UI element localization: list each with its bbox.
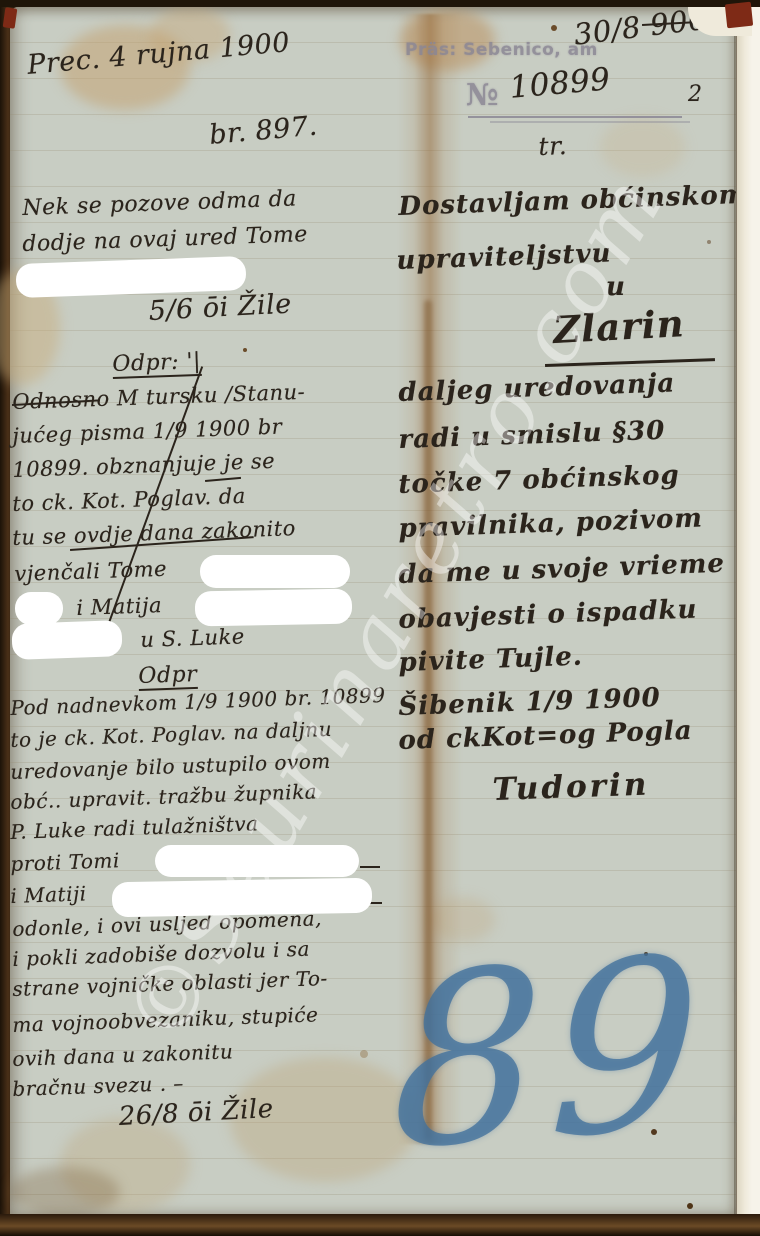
cover-corner-mark bbox=[725, 2, 753, 29]
addressee: Zlarin bbox=[552, 301, 686, 352]
number-underline bbox=[468, 116, 682, 118]
torn-page-edge bbox=[734, 0, 760, 1222]
redaction-bar bbox=[155, 845, 359, 877]
redaction-bar bbox=[15, 592, 63, 625]
annex-number: 2 bbox=[688, 82, 703, 107]
redaction-bar bbox=[11, 620, 122, 660]
number-underline bbox=[490, 121, 690, 123]
section1-header: Odpr: '| bbox=[112, 349, 201, 379]
stamp-no-sign: № bbox=[466, 78, 499, 113]
section2-header: Odpr bbox=[138, 662, 198, 691]
blue-pencil-number: 897 bbox=[388, 895, 760, 1202]
section2-line: proti Tomi bbox=[10, 848, 120, 876]
body-line: pivite Tujle. bbox=[398, 642, 583, 678]
redaction-bar bbox=[195, 589, 353, 627]
scanned-archival-document: { "left_page": { "received_note": "Prec.… bbox=[0, 0, 760, 1236]
cover-edge-top bbox=[0, 0, 760, 7]
cover-edge-bottom bbox=[0, 1214, 760, 1236]
opening-line: u bbox=[606, 272, 626, 302]
paper-stain bbox=[600, 117, 685, 177]
redaction-dash bbox=[360, 866, 380, 868]
paper-stain bbox=[10, 1167, 120, 1217]
redaction-bar bbox=[200, 555, 350, 588]
signature: Tudorin bbox=[492, 767, 650, 808]
clerk-initials: tr. bbox=[538, 131, 568, 161]
redaction-bar bbox=[112, 878, 373, 918]
section2-line: i Matiji bbox=[10, 881, 87, 908]
section1-line: u S. Luke bbox=[140, 624, 245, 652]
praesentatum-stamp: Präs: Sebenico, am bbox=[405, 40, 598, 60]
